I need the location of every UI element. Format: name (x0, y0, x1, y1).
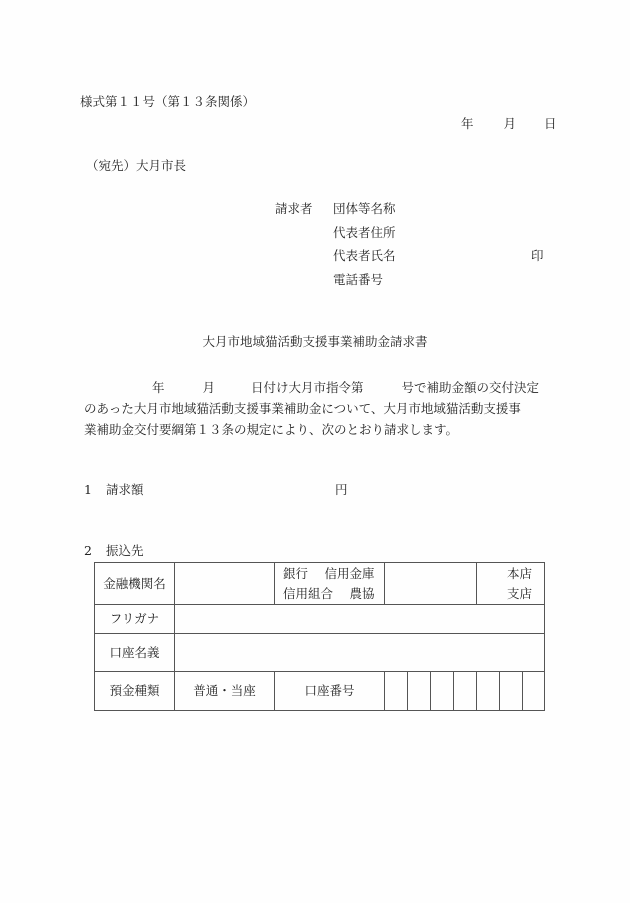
branch-sub: 支店 (477, 584, 532, 604)
section-number: 1 (84, 482, 92, 497)
yen-unit: 円 (335, 484, 348, 497)
body-paragraph: 年月日付け大月市指令第号で補助金額の交付決定 のあった大月市地域猫活動支援事業補… (84, 377, 554, 440)
account-digit-2[interactable] (408, 672, 431, 711)
institution-types-line2: 信用組合 農協 (283, 584, 384, 604)
institution-name-cell[interactable] (175, 563, 275, 605)
institution-label: 金融機関名 (95, 563, 175, 605)
deposit-type-options[interactable]: 普通・当座 (175, 672, 275, 711)
institution-types: 銀行 信用金庫 信用組合 農協 (275, 563, 385, 605)
date-month: 月 (504, 118, 517, 131)
branch-name-cell[interactable] (385, 563, 477, 605)
addressee: （宛先）大月市長 (86, 160, 186, 173)
deposit-type-label: 預金種類 (95, 672, 175, 711)
field-representative-name: 代表者氏名 (333, 250, 396, 263)
date-year: 年 (461, 118, 474, 131)
requester-label: 請求者 (275, 203, 313, 216)
branch-type: 本店 支店 (477, 563, 545, 605)
section-number: 2 (84, 543, 92, 558)
account-digit-1[interactable] (385, 672, 408, 711)
body-month: 月 (203, 380, 216, 395)
transfer-label: 振込先 (106, 543, 144, 558)
account-digit-5[interactable] (477, 672, 500, 711)
body-line-2: のあった大月市地域猫活動支援事業補助金について、大月市地域猫活動支援事 (84, 398, 554, 419)
account-number-label: 口座番号 (275, 672, 385, 711)
account-holder-cell[interactable] (175, 634, 545, 672)
section-amount: 1請求額 (84, 484, 143, 497)
field-phone-number: 電話番号 (333, 274, 383, 287)
bank-account-table: 金融機関名 銀行 信用金庫 信用組合 農協 本店 支店 フリガナ 口座名義 預金… (94, 562, 545, 711)
body-directive: 日付け大月市指令第 (251, 380, 364, 395)
account-digit-4[interactable] (454, 672, 477, 711)
date-day: 日 (544, 118, 557, 131)
date-line: 年月日 (461, 118, 557, 131)
body-decision: 号で補助金額の交付決定 (402, 380, 540, 395)
account-digit-3[interactable] (431, 672, 454, 711)
body-year: 年 (152, 380, 165, 395)
form-number: 様式第１１号（第１３条関係） (80, 96, 255, 109)
section-transfer: 2振込先 (84, 545, 143, 558)
furigana-cell[interactable] (175, 605, 545, 634)
field-representative-address: 代表者住所 (333, 227, 396, 240)
document-title: 大月市地域猫活動支援事業補助金請求書 (0, 336, 630, 349)
account-digit-7[interactable] (523, 672, 545, 711)
account-holder-label: 口座名義 (95, 634, 175, 672)
account-digit-6[interactable] (500, 672, 523, 711)
furigana-label: フリガナ (95, 605, 175, 634)
branch-main: 本店 (477, 564, 532, 584)
field-organization-name: 団体等名称 (333, 203, 396, 216)
seal-mark: 印 (531, 250, 544, 263)
institution-types-line1: 銀行 信用金庫 (283, 564, 384, 584)
body-line-3: 業補助金交付要綱第１３条の規定により、次のとおり請求します。 (84, 419, 554, 440)
amount-label: 請求額 (106, 482, 144, 497)
